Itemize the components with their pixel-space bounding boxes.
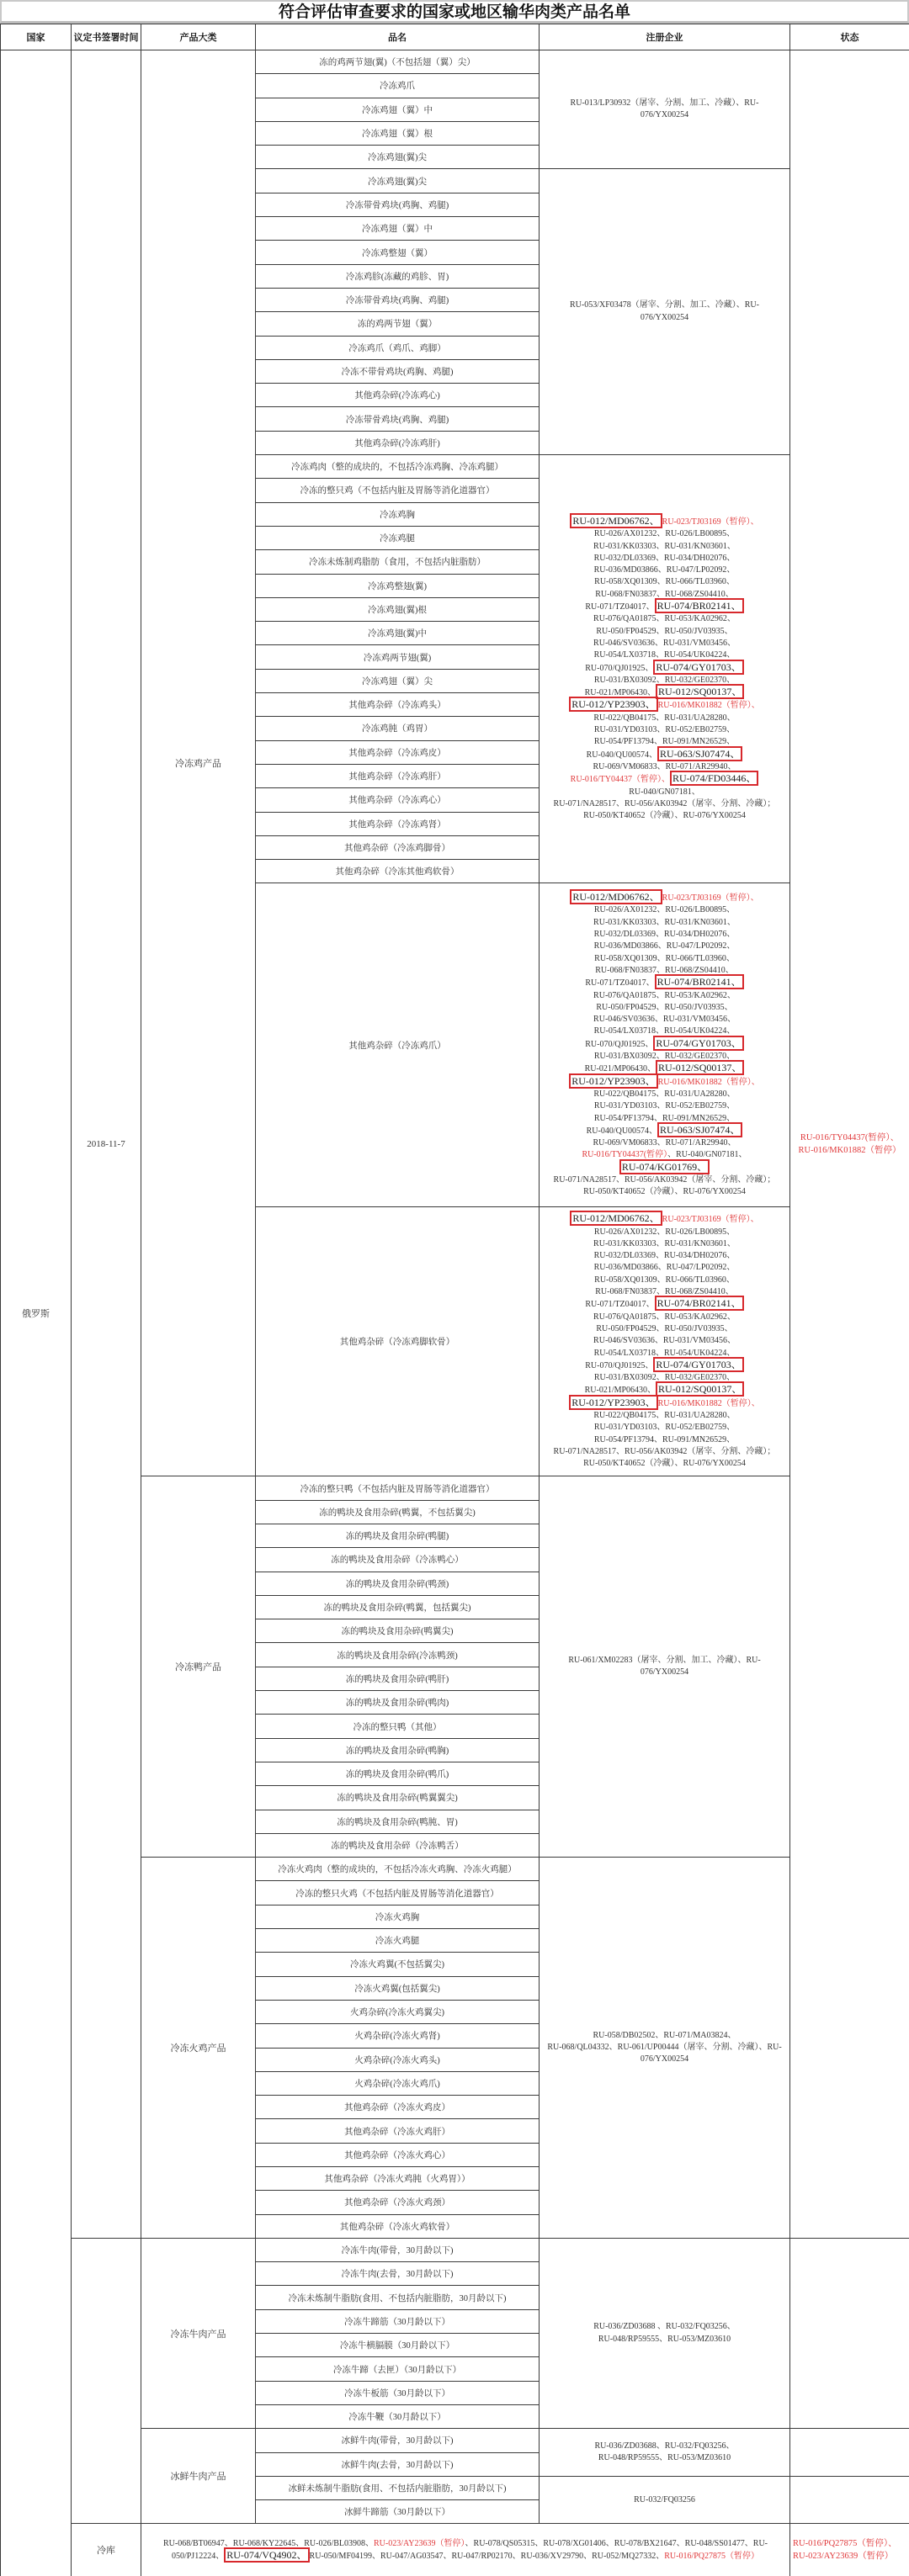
- enterprise-code-highlighted: RU-074/KG01769、: [619, 1159, 710, 1174]
- text-line: RU-058/DB02502、RU-071/MA03824、: [540, 2030, 789, 2042]
- enterprise-code: RU-026/AX01232、RU-026/LB00895、: [594, 529, 735, 538]
- product-name-cell: 冻的鸭块及食用杂碎(鸭翼翼尖): [256, 1786, 540, 1810]
- product-name-cell: 冷冻牛肉(去骨，30月龄以下): [256, 2262, 540, 2286]
- enterprise-code: RU-031/YD03103、RU-052/EB02759、: [594, 1101, 735, 1110]
- text-line: RU-040/QU00574、RU-063/SJ07474、: [540, 749, 789, 761]
- protocol-date-cell: [72, 2238, 141, 2524]
- product-name-cell: 冷冻牛横膈膜（30月龄以下）: [256, 2334, 540, 2357]
- text-line: RU-032/DL03369、RU-034/DH02076、: [540, 929, 789, 941]
- enterprise-code: RU-036/MD03866、RU-047/LP02092、: [594, 565, 736, 575]
- enterprise-code: RU-050/FP04529、RU-050/JV03935、: [596, 627, 732, 636]
- enterprise-code: RU-071/TZ04017、: [585, 602, 654, 612]
- text-line: RU-012/MD06762、RU-023/TJ03169（暂停）、: [540, 892, 789, 904]
- enterprise-code: 076/YX00254: [641, 313, 688, 322]
- product-name-cell: 冷冻火鸡胸: [256, 1905, 540, 1928]
- text-line: RU-031/KK03303、RU-031/KN03601、: [540, 541, 789, 553]
- product-name-cell: 其他鸡杂碎（冷冻火鸡心）: [256, 2143, 540, 2166]
- product-name-cell: 冻的鸭块及食用杂碎(鸭翼，包括翼尖): [256, 1595, 540, 1619]
- enterprise-code: RU-031/YD03103、RU-052/EB02759、: [594, 725, 735, 734]
- cold-storage-label: 冷库: [72, 2524, 141, 2576]
- product-name-cell: 冻的鸡两节翅（翼）: [256, 312, 540, 336]
- registered-enterprises-cell: RU-036/ZD03688、RU-032/FQ03256、RU-048/RP5…: [540, 2429, 790, 2477]
- registered-enterprises-cell: RU-012/MD06762、RU-023/TJ03169（暂停）、RU-026…: [540, 455, 790, 883]
- text-line: RU-016/MK01882（暂停）: [790, 1144, 909, 1157]
- product-name-cell: 冷冻带骨鸡块(鸡胸、鸡腿): [256, 407, 540, 431]
- enterprise-code: RU-022/QB04175、RU-031/UA28280、: [593, 1411, 735, 1420]
- text-line: 050/PJ12224、RU-074/VQ4902、RU-050/MF04199…: [141, 2550, 789, 2563]
- enterprise-code-highlighted: RU-074/GY01703、: [653, 660, 743, 675]
- enterprise-code: RU-036/ZD03688 、RU-032/FQ03256、: [593, 2322, 736, 2331]
- enterprise-code: RU-070/QJ01925、: [585, 1040, 653, 1049]
- enterprise-code: RU-068/QL04332、RU-061/UP00444（屠宰、分割、冷藏）、…: [547, 2043, 781, 2052]
- product-name-cell: 冷冻鸡翅（翼）中: [256, 98, 540, 121]
- product-name-cell: 其他鸡杂碎（冷冻鸡心）: [256, 788, 540, 812]
- enterprise-code-suspended: RU-016/MK01882（暂停）、: [658, 1399, 760, 1408]
- cold-storage-row: 冷库RU-068/BT06947、RU-068/KY22645、RU-026/B…: [1, 2524, 909, 2576]
- product-name-cell: 冻的鸭块及食用杂碎(鸭翼，不包括翼尖): [256, 1500, 540, 1524]
- enterprise-code: RU-071/TZ04017、: [585, 978, 654, 988]
- enterprise-code: RU-032/DL03369、RU-034/DH02076、: [594, 930, 736, 939]
- enterprise-code: RU-053/XF03478（屠宰、分割、加工、冷藏）、RU-: [570, 300, 759, 310]
- text-line: RU-071/NA28517、RU-056/AK03942（屠宰、分割、冷藏）；: [540, 1174, 789, 1186]
- enterprise-code: RU-013/LP30932（屠宰、分割、加工、冷藏）、RU-: [571, 98, 759, 108]
- text-line: RU-070/QJ01925、RU-074/GY01703、: [540, 1038, 789, 1051]
- text-line: RU-076/QA01875、RU-053/KA02962、: [540, 613, 789, 625]
- text-line: RU-032/DL03369、RU-034/DH02076、: [540, 1250, 789, 1262]
- text-line: RU-012/YP23903、RU-016/MK01882（暂停）、: [540, 1397, 789, 1410]
- product-name-cell: 冷冻火鸡翼(不包括翼尖): [256, 1953, 540, 1976]
- product-name-cell: 冷冻的整只火鸡（不包括内脏及胃肠等消化道器官）: [256, 1881, 540, 1905]
- text-line: RU-040/GN07181、: [540, 787, 789, 798]
- text-line: RU-050/KT40652（冷藏）、RU-076/YX00254: [540, 1458, 789, 1470]
- text-line: RU-071/TZ04017、RU-074/BR02141、: [540, 1298, 789, 1311]
- enterprise-code-suspended: RU-016/TY04437（暂停）、: [571, 775, 670, 784]
- text-line: RU-074/KG01769、: [540, 1162, 789, 1174]
- enterprise-code: RU-076/QA01875、RU-053/KA02962、: [593, 991, 736, 1000]
- text-line: RU-036/ZD03688 、RU-032/FQ03256、: [540, 2321, 789, 2333]
- text-line: RU-071/TZ04017、RU-074/BR02141、: [540, 977, 789, 989]
- product-name-cell: 冰鲜未炼制牛脂肪(食用、不包括内脏脂肪，30月龄以下): [256, 2476, 540, 2499]
- product-name-cell: 冷冻牛蹄（去匣）（30月龄以下）: [256, 2357, 540, 2381]
- text-line: RU-050/FP04529、RU-050/JV03935、: [540, 1002, 789, 1014]
- product-name-cell: 冻的鸭块及食用杂碎(鸭肉): [256, 1691, 540, 1715]
- enterprise-code: RU-040/GN07181、: [629, 787, 699, 797]
- registered-enterprises-cell: RU-012/MD06762、RU-023/TJ03169（暂停）、RU-026…: [540, 1207, 790, 1476]
- product-name-cell: 冷冻鸡爪: [256, 74, 540, 98]
- enterprise-code: RU-048/RP59555、RU-053/MZ03610: [598, 2335, 731, 2344]
- status-cell: [790, 2238, 909, 2428]
- text-line: RU-026/AX01232、RU-026/LB00895、: [540, 1227, 789, 1238]
- enterprise-code-suspended: RU-023/TJ03169（暂停）、: [662, 893, 759, 903]
- text-line: RU-016/TY04437（暂停）、RU-074/FD03446、: [540, 773, 789, 786]
- product-name-cell: 其他鸡杂碎（冷冻鸡皮）: [256, 740, 540, 764]
- text-line: RU-058/XQ01309、RU-066/TL03960、: [540, 953, 789, 965]
- table-body: 俄罗斯2018-11-7冷冻鸡产品冻的鸡两节翅(翼)（不包括翅（翼）尖）RU-0…: [1, 50, 909, 2576]
- enterprise-code-highlighted: RU-074/GY01703、: [653, 1036, 743, 1051]
- enterprise-code-highlighted: RU-074/BR02141、: [655, 1296, 744, 1311]
- text-line: RU-031/YD03103、RU-052/EB02759、: [540, 724, 789, 736]
- text-line: RU-022/QB04175、RU-031/UA28280、: [540, 1410, 789, 1422]
- product-name-cell: 冷冻火鸡肉（整的成块的，不包括冷冻火鸡胸、冷冻火鸡腿）: [256, 1858, 540, 1881]
- table-row: 冷冻牛肉产品冷冻牛肉(带骨，30月龄以下)RU-036/ZD03688 、RU-…: [1, 2238, 909, 2261]
- header-country: 国家: [1, 24, 72, 50]
- text-line: RU-036/MD03866、RU-047/LP02092、: [540, 941, 789, 952]
- text-line: RU-012/YP23903、RU-016/MK01882（暂停）、: [540, 1076, 789, 1089]
- text-line: RU-023/AY23639（暂停）: [793, 2550, 909, 2563]
- enterprise-code: RU-058/XQ01309、RU-066/TL03960、: [594, 954, 735, 963]
- enterprise-code: RU-050/KT40652（冷藏）、RU-076/YX00254: [583, 1187, 746, 1196]
- product-name-cell: 其他鸡杂碎(冷冻鸡心): [256, 384, 540, 407]
- product-name-cell: 火鸡杂碎(冷冻火鸡爪): [256, 2071, 540, 2095]
- enterprise-code: 076/YX00254: [641, 1667, 688, 1677]
- text-line: RU-050/FP04529、RU-050/JV03935、: [540, 626, 789, 638]
- enterprise-code: RU-071/NA28517、RU-056/AK03942（屠宰、分割、冷藏）；: [554, 1175, 776, 1185]
- enterprise-code-suspended: RU-023/TJ03169（暂停）、: [662, 517, 759, 527]
- product-name-cell: 冷冻的整只鸡（不包括内脏及胃肠等消化道器官）: [256, 479, 540, 502]
- product-name-cell: 其他鸡杂碎（冷冻火鸡肫（火鸡胃））: [256, 2167, 540, 2191]
- enterprise-code-highlighted: RU-012/SQ00137、: [656, 1381, 744, 1397]
- enterprise-code: RU-054/PF13794、RU-091/MN26529、: [594, 737, 735, 746]
- enterprise-code: 、RU-078/QS05315、RU-078/XG01406、RU-078/BX…: [465, 2539, 768, 2548]
- product-name-cell: 冻的鸡两节翅(翼)（不包括翅（翼）尖）: [256, 50, 540, 74]
- enterprise-code: RU-031/KK03303、RU-031/KN03601、: [593, 542, 736, 551]
- product-category-cell: 冷冻鸡产品: [141, 50, 256, 1476]
- text-line: RU-054/PF13794、RU-091/MN26529、: [540, 1434, 789, 1446]
- product-name-cell: 冷冻鸡翅(翼)中: [256, 622, 540, 645]
- text-line: RU-012/YP23903、RU-016/MK01882（暂停）、: [540, 699, 789, 712]
- product-name-cell: 冻的鸭块及食用杂碎（冷冻鸭舌）: [256, 1833, 540, 1857]
- text-line: RU-031/KK03303、RU-031/KN03601、: [540, 917, 789, 929]
- product-name-cell: 冷冻鸡腿: [256, 526, 540, 549]
- product-name-cell: 冷冻未炼制鸡脂肪（食用，不包括内脏脂肪）: [256, 550, 540, 574]
- registered-enterprises-cell: RU-032/FQ03256: [540, 2476, 790, 2524]
- product-name-cell: 其他鸡杂碎（冷冻鸡头）: [256, 693, 540, 717]
- registered-enterprises-cell: RU-053/XF03478（屠宰、分割、加工、冷藏）、RU-076/YX002…: [540, 169, 790, 455]
- product-name-cell: 冷冻牛肉(带骨，30月龄以下): [256, 2238, 540, 2261]
- product-name-cell: 冻的鸭块及食用杂碎(鸭爪): [256, 1762, 540, 1785]
- product-name-cell: 火鸡杂碎(冷冻火鸡翼尖): [256, 2000, 540, 2023]
- enterprise-code: RU-050/MF04199、RU-047/AG03547、RU-047/RP0…: [310, 2552, 665, 2561]
- text-line: RU-048/RP59555、RU-053/MZ03610: [540, 2334, 789, 2345]
- enterprise-code: RU-050/FP04529、RU-050/JV03935、: [596, 1003, 732, 1012]
- enterprise-code: RU-036/ZD03688、RU-032/FQ03256、: [594, 2441, 734, 2451]
- product-name-cell: 冻的鸭块及食用杂碎(冷冻鸭颈): [256, 1643, 540, 1667]
- table-header-row: 国家 议定书签署时间 产品大类 品名 注册企业 状态: [1, 24, 909, 50]
- product-name-cell: 冷冻火鸡腿: [256, 1929, 540, 1953]
- enterprise-code: RU-036/MD03866、RU-047/LP02092、: [594, 1263, 736, 1272]
- enterprise-code-suspended: RU-016/MK01882（暂停）、: [658, 1078, 760, 1087]
- product-name-cell: 冷冻鸡翅(翼)尖: [256, 146, 540, 169]
- enterprise-code-suspended: RU-023/AY23639（暂停）: [793, 2552, 893, 2561]
- enterprise-code: RU-054/LX03718、RU-054/UK04224、: [594, 1026, 736, 1036]
- enterprise-code-highlighted: RU-012/YP23903、: [569, 697, 657, 712]
- enterprise-code: RU-026/AX01232、RU-026/LB00895、: [594, 905, 735, 914]
- enterprise-code: RU-061/XM02283（屠宰、分割、加工、冷藏）、RU-: [568, 1656, 760, 1665]
- product-name-cell: 冰鲜牛肉(带骨，30月龄以下): [256, 2429, 540, 2452]
- text-line: RU-046/SV03636、RU-031/VM03456、: [540, 1335, 789, 1347]
- enterprise-code-suspended: RU-016/PQ27875（暂停）、: [793, 2539, 897, 2548]
- enterprise-code: RU-071/NA28517、RU-056/AK03942（屠宰、分割、冷藏）；: [554, 1447, 776, 1456]
- text-line: RU-032/FQ03256: [540, 2494, 789, 2506]
- table-row: 俄罗斯2018-11-7冷冻鸡产品冻的鸡两节翅(翼)（不包括翅（翼）尖）RU-0…: [1, 50, 909, 74]
- enterprise-code: RU-032/DL03369、RU-034/DH02076、: [594, 1251, 736, 1260]
- enterprise-code-highlighted: RU-012/YP23903、: [569, 1395, 657, 1410]
- text-line: RU-026/AX01232、RU-026/LB00895、: [540, 904, 789, 916]
- product-name-cell: 冷冻鸡胗(冻藏的鸡胗、胃): [256, 264, 540, 288]
- status-cell: [790, 2476, 909, 2524]
- enterprise-code: RU-054/PF13794、RU-091/MN26529、: [594, 1435, 735, 1444]
- enterprise-code-highlighted: RU-074/BR02141、: [655, 598, 744, 613]
- product-name-cell: 冷冻鸡翅（翼）根: [256, 121, 540, 145]
- enterprise-code: RU-046/SV03636、RU-031/VM03456、: [593, 639, 736, 648]
- enterprise-code: RU-046/SV03636、RU-031/VM03456、: [593, 1336, 736, 1345]
- enterprise-code-suspended: RU-016/PQ27875（暂停）: [664, 2552, 759, 2561]
- enterprise-code: RU-070/QJ01925、: [585, 1361, 653, 1370]
- header-protocol-date: 议定书签署时间: [72, 24, 141, 50]
- enterprise-code: RU-071/TZ04017、: [585, 1300, 654, 1309]
- text-line: RU-040/QU00574、RU-063/SJ07474、: [540, 1125, 789, 1137]
- product-name-cell: 冷冻鸡肉（整的成块的，不包括冷冻鸡胸、冷冻鸡腿）: [256, 455, 540, 479]
- enterprise-code: RU-068/BT06947、RU-068/KY22645、RU-026/BL0…: [163, 2539, 374, 2548]
- enterprise-code: 076/YX00254: [641, 110, 688, 119]
- enterprise-code: RU-048/RP59555、RU-053/MZ03610: [598, 2453, 731, 2462]
- product-name-cell: 火鸡杂碎(冷冻火鸡肾): [256, 2024, 540, 2048]
- enterprise-code: RU-021/MP06430、: [585, 1064, 656, 1073]
- text-line: RU-053/XF03478（屠宰、分割、加工、冷藏）、RU-: [540, 299, 789, 311]
- text-line: RU-046/SV03636、RU-031/VM03456、: [540, 1014, 789, 1026]
- header-category: 产品大类: [141, 24, 256, 50]
- enterprise-code: RU-032/DL03369、RU-034/DH02076、: [594, 554, 736, 563]
- product-name-cell: 冷冻鸡整翅(翼): [256, 574, 540, 597]
- text-line: RU-071/NA28517、RU-056/AK03942（屠宰、分割、冷藏）；: [540, 798, 789, 810]
- status-cell: [790, 2429, 909, 2477]
- text-line: RU-036/ZD03688、RU-032/FQ03256、: [540, 2441, 789, 2452]
- product-name-cell: 冰鲜牛肉(去骨，30月龄以下): [256, 2452, 540, 2476]
- product-category-cell: 冷冻火鸡产品: [141, 1858, 256, 2239]
- status-cell: RU-016/TY04437(暂停）、RU-016/MK01882（暂停）: [790, 50, 909, 2239]
- document-page: 符合评估审查要求的国家或地区输华肉类产品名单 国家 议定书签署时间 产品大类 品…: [0, 0, 909, 2576]
- enterprise-code: RU-069/VM06833、RU-071/AR29940、: [593, 1138, 736, 1148]
- product-name-cell: 冷冻鸡肫（鸡胃）: [256, 717, 540, 740]
- enterprise-code: 076/YX00254: [641, 2054, 688, 2064]
- registered-enterprises-cell: RU-036/ZD03688 、RU-032/FQ03256、RU-048/RP…: [540, 2238, 790, 2428]
- text-line: RU-076/QA01875、RU-053/KA02962、: [540, 1312, 789, 1323]
- product-name-cell: 冷冻牛蹄筋（30月龄以下）: [256, 2309, 540, 2333]
- text-line: RU-050/FP04529、RU-050/JV03935、: [540, 1323, 789, 1335]
- enterprise-code: RU-026/AX01232、RU-026/LB00895、: [594, 1227, 735, 1237]
- text-line: RU-031/YD03103、RU-052/EB02759、: [540, 1100, 789, 1112]
- text-line: RU-026/AX01232、RU-026/LB00895、: [540, 528, 789, 540]
- text-line: RU-016/PQ27875（暂停）、: [793, 2537, 909, 2550]
- product-name-cell: 其他鸡杂碎（冷冻火鸡皮）: [256, 2096, 540, 2119]
- header-status: 状态: [790, 24, 909, 50]
- product-name-cell: 冷冻不带骨鸡块(鸡胸、鸡腿): [256, 359, 540, 383]
- document-title: 符合评估审查要求的国家或地区输华肉类产品名单: [0, 0, 909, 24]
- product-category-cell: 冷冻牛肉产品: [141, 2238, 256, 2428]
- text-line: RU-058/XQ01309、RU-066/TL03960、: [540, 576, 789, 588]
- product-name-cell: 其他鸡杂碎（冷冻其他鸡软骨）: [256, 860, 540, 883]
- product-name-cell: 冻的鸭块及食用杂碎(鸭肫、胃): [256, 1810, 540, 1833]
- product-name-cell: 冷冻鸡翅(翼)根: [256, 597, 540, 621]
- header-registered-enterprise: 注册企业: [540, 24, 790, 50]
- enterprise-code-highlighted: RU-074/GY01703、: [653, 1357, 743, 1372]
- text-line: RU-022/QB04175、RU-031/UA28280、: [540, 1089, 789, 1100]
- product-name-cell: 冻的鸭块及食用杂碎（冷冻鸭心）: [256, 1548, 540, 1572]
- enterprise-code: RU-070/QJ01925、: [585, 664, 653, 673]
- product-name-cell: 冷冻鸡翅（翼）中: [256, 217, 540, 241]
- text-line: 076/YX00254: [540, 109, 789, 121]
- enterprise-code-highlighted: RU-074/BR02141、: [655, 974, 744, 989]
- product-name-cell: 其他鸡杂碎（冷冻火鸡肝）: [256, 2119, 540, 2143]
- product-name-cell: 冷冻牛板筋（30月龄以下）: [256, 2381, 540, 2404]
- product-name-cell: 冷冻鸡两节翅(翼): [256, 645, 540, 669]
- text-line: RU-036/MD03866、RU-047/LP02092、: [540, 564, 789, 576]
- product-name-cell: 冻的鸭块及食用杂碎(鸭颈): [256, 1572, 540, 1595]
- product-name-cell: 其他鸡杂碎（冷冻火鸡颈）: [256, 2191, 540, 2214]
- enterprise-code: 、RU-040/GN07181、: [667, 1150, 747, 1159]
- product-name-cell: 冻的鸭块及食用杂碎(鸭腿): [256, 1524, 540, 1547]
- enterprise-code-suspended: RU-023/TJ03169（暂停）、: [662, 1215, 759, 1224]
- product-name-cell: 火鸡杂碎(冷冻火鸡头): [256, 2048, 540, 2071]
- header-product-name: 品名: [256, 24, 540, 50]
- text-line: 076/YX00254: [540, 1667, 789, 1678]
- meat-product-list-table: 国家 议定书签署时间 产品大类 品名 注册企业 状态 俄罗斯2018-11-7冷…: [0, 24, 909, 2576]
- enterprise-code: 050/PJ12224、: [172, 2552, 224, 2561]
- enterprise-code: RU-036/MD03866、RU-047/LP02092、: [594, 941, 736, 951]
- product-name-cell: 其他鸡杂碎（冷冻鸡脚软骨）: [256, 1207, 540, 1476]
- enterprise-code: RU-054/PF13794、RU-091/MN26529、: [594, 1114, 735, 1123]
- enterprise-code-suspended: RU-023/AY23639（暂停）: [374, 2539, 465, 2548]
- text-line: RU-032/DL03369、RU-034/DH02076、: [540, 553, 789, 564]
- enterprise-code: RU-058/XQ01309、RU-066/TL03960、: [594, 1275, 735, 1285]
- enterprise-code: RU-076/QA01875、RU-053/KA02962、: [593, 614, 736, 623]
- enterprise-code-highlighted: RU-074/VQ4902、: [224, 2547, 309, 2563]
- enterprise-code-highlighted: RU-012/SQ00137、: [656, 684, 744, 699]
- product-name-cell: 冷冻鸡胸: [256, 502, 540, 526]
- registered-enterprises-cell: RU-013/LP30932（屠宰、分割、加工、冷藏）、RU-076/YX002…: [540, 50, 790, 169]
- enterprise-code: RU-054/LX03718、RU-054/UK04224、: [594, 1349, 736, 1358]
- enterprise-code: RU-040/QU00574、: [587, 1126, 657, 1136]
- enterprise-code: RU-050/KT40652（冷藏）、RU-076/YX00254: [583, 1459, 746, 1468]
- text-line: RU-070/QJ01925、RU-074/GY01703、: [540, 662, 789, 675]
- text-line: RU-022/QB04175、RU-031/UA28280、: [540, 713, 789, 724]
- text-line: RU-071/TZ04017、RU-074/BR02141、: [540, 601, 789, 613]
- text-line: RU-016/TY04437(暂停）、: [790, 1132, 909, 1144]
- enterprise-code: RU-050/FP04529、RU-050/JV03935、: [596, 1324, 732, 1333]
- product-name-cell: 冷冻未炼制牛脂肪(食用、不包括内脏脂肪，30月龄以下): [256, 2286, 540, 2309]
- enterprise-code-suspended: RU-016/TY04437(暂停）: [582, 1150, 667, 1159]
- text-line: RU-058/XQ01309、RU-066/TL03960、: [540, 1275, 789, 1286]
- enterprise-code-highlighted: RU-074/FD03446、: [670, 771, 758, 786]
- enterprise-code-highlighted: RU-063/SJ07474、: [657, 746, 742, 761]
- product-name-cell: 冻的鸭块及食用杂碎(鸭胸): [256, 1738, 540, 1762]
- enterprise-code: RU-058/XQ01309、RU-066/TL03960、: [594, 577, 735, 586]
- product-name-cell: 冷冻的整只鸭（不包括内脏及胃肠等消化道器官）: [256, 1476, 540, 1500]
- text-line: RU-050/KT40652（冷藏）、RU-076/YX00254: [540, 1186, 789, 1198]
- enterprise-code: RU-076/QA01875、RU-053/KA02962、: [593, 1312, 736, 1322]
- enterprise-code: RU-071/NA28517、RU-056/AK03942（屠宰、分割、冷藏）；: [554, 799, 776, 808]
- enterprise-code-suspended: RU-016/MK01882（暂停）: [799, 1146, 901, 1155]
- registered-enterprises-cell: RU-061/XM02283（屠宰、分割、加工、冷藏）、RU-076/YX002…: [540, 1476, 790, 1858]
- product-name-cell: 其他鸡杂碎（冷冻鸡脚骨）: [256, 835, 540, 859]
- text-line: RU-061/XM02283（屠宰、分割、加工、冷藏）、RU-: [540, 1655, 789, 1667]
- text-line: RU-012/MD06762、RU-023/TJ03169（暂停）、: [540, 1213, 789, 1226]
- enterprise-code-highlighted: RU-012/SQ00137、: [656, 1060, 744, 1075]
- product-name-cell: 冷冻带骨鸡块(鸡胸、鸡腿): [256, 193, 540, 216]
- text-line: 076/YX00254: [540, 312, 789, 324]
- text-line: RU-031/YD03103、RU-052/EB02759、: [540, 1422, 789, 1434]
- product-name-cell: 其他鸡杂碎（冷冻鸡肾）: [256, 812, 540, 835]
- cold-storage-enterprises-cell: RU-068/BT06947、RU-068/KY22645、RU-026/BL0…: [141, 2524, 790, 2576]
- product-category-cell: 冷冻鸭产品: [141, 1476, 256, 1858]
- text-line: RU-048/RP59555、RU-053/MZ03610: [540, 2452, 789, 2464]
- text-line: 076/YX00254: [540, 2054, 789, 2065]
- enterprise-code: RU-046/SV03636、RU-031/VM03456、: [593, 1015, 736, 1024]
- enterprise-code: RU-031/KK03303、RU-031/KN03601、: [593, 918, 736, 927]
- product-name-cell: 冷冻鸡爪（鸡爪、鸡脚）: [256, 336, 540, 359]
- registered-enterprises-cell: RU-058/DB02502、RU-071/MA03824、RU-068/QL0…: [540, 1858, 790, 2239]
- cold-storage-status-cell: RU-016/PQ27875（暂停）、RU-023/AY23639（暂停）: [790, 2524, 909, 2576]
- product-name-cell: 其他鸡杂碎(冷冻鸡肝): [256, 431, 540, 454]
- protocol-date-cell: 2018-11-7: [72, 50, 141, 2239]
- enterprise-code: RU-022/QB04175、RU-031/UA28280、: [593, 1089, 735, 1099]
- text-line: RU-050/KT40652（冷藏）、RU-076/YX00254: [540, 810, 789, 822]
- enterprise-code-highlighted: RU-012/MD06762、: [570, 889, 662, 904]
- product-name-cell: 冷冻鸡整翅（翼）: [256, 241, 540, 264]
- text-line: RU-012/MD06762、RU-023/TJ03169（暂停）、: [540, 516, 789, 528]
- product-name-cell: 冰鲜牛蹄筋（30月龄以下）: [256, 2500, 540, 2524]
- enterprise-code-highlighted: RU-012/MD06762、: [570, 1211, 662, 1226]
- product-name-cell: 冻的鸭块及食用杂碎(鸭肝): [256, 1667, 540, 1690]
- product-name-cell: 冷冻火鸡翼(包括翼尖): [256, 1976, 540, 2000]
- text-line: RU-071/NA28517、RU-056/AK03942（屠宰、分割、冷藏）；: [540, 1446, 789, 1458]
- registered-enterprises-cell: RU-012/MD06762、RU-023/TJ03169（暂停）、RU-026…: [540, 883, 790, 1207]
- text-line: RU-076/QA01875、RU-053/KA02962、: [540, 990, 789, 1002]
- product-name-cell: 冷冻鸡翅(翼)尖: [256, 169, 540, 193]
- product-name-cell: 冷冻带骨鸡块(鸡胸、鸡腿): [256, 288, 540, 311]
- enterprise-code: RU-054/LX03718、RU-054/UK04224、: [594, 650, 736, 660]
- text-line: RU-013/LP30932（屠宰、分割、加工、冷藏）、RU-: [540, 98, 789, 109]
- text-line: RU-046/SV03636、RU-031/VM03456、: [540, 638, 789, 649]
- text-line: RU-031/KK03303、RU-031/KN03601、: [540, 1238, 789, 1250]
- product-name-cell: 冷冻牛鞭（30月龄以下）: [256, 2404, 540, 2428]
- enterprise-code: RU-050/KT40652（冷藏）、RU-076/YX00254: [583, 811, 746, 820]
- text-line: RU-036/MD03866、RU-047/LP02092、: [540, 1262, 789, 1274]
- enterprise-code: RU-022/QB04175、RU-031/UA28280、: [593, 713, 735, 723]
- enterprise-code: RU-058/DB02502、RU-071/MA03824、: [593, 2031, 736, 2040]
- text-line: RU-069/VM06833、RU-071/AR29940、: [540, 1137, 789, 1149]
- enterprise-code-highlighted: RU-063/SJ07474、: [657, 1122, 742, 1137]
- enterprise-code: RU-040/QU00574、: [587, 750, 657, 760]
- product-name-cell: 冷冻鸡翅（翼）尖: [256, 669, 540, 692]
- product-name-cell: 冻的鸭块及食用杂碎(鸭翼尖): [256, 1619, 540, 1643]
- product-name-cell: 冷冻的整只鸭（其他）: [256, 1715, 540, 1738]
- enterprise-code-highlighted: RU-012/MD06762、: [570, 513, 662, 528]
- enterprise-code: RU-031/KK03303、RU-031/KN03601、: [593, 1239, 736, 1248]
- enterprise-code-suspended: RU-016/TY04437(暂停）、: [800, 1133, 899, 1142]
- enterprise-code-suspended: RU-016/MK01882（暂停）、: [658, 701, 760, 710]
- country-cell: 俄罗斯: [1, 50, 72, 2576]
- text-line: RU-070/QJ01925、RU-074/GY01703、: [540, 1360, 789, 1372]
- text-line: RU-068/QL04332、RU-061/UP00444（屠宰、分割、冷藏）、…: [540, 2042, 789, 2054]
- product-category-cell: 冰鲜牛肉产品: [141, 2429, 256, 2524]
- enterprise-code: RU-021/MP06430、: [585, 1386, 656, 1395]
- enterprise-code-highlighted: RU-012/YP23903、: [569, 1073, 657, 1089]
- enterprise-code: RU-032/FQ03256: [634, 2495, 695, 2504]
- product-name-cell: 其他鸡杂碎（冷冻鸡爪）: [256, 883, 540, 1207]
- product-name-cell: 其他鸡杂碎（冷冻鸡肝）: [256, 764, 540, 787]
- enterprise-code: RU-031/YD03103、RU-052/EB02759、: [594, 1423, 735, 1432]
